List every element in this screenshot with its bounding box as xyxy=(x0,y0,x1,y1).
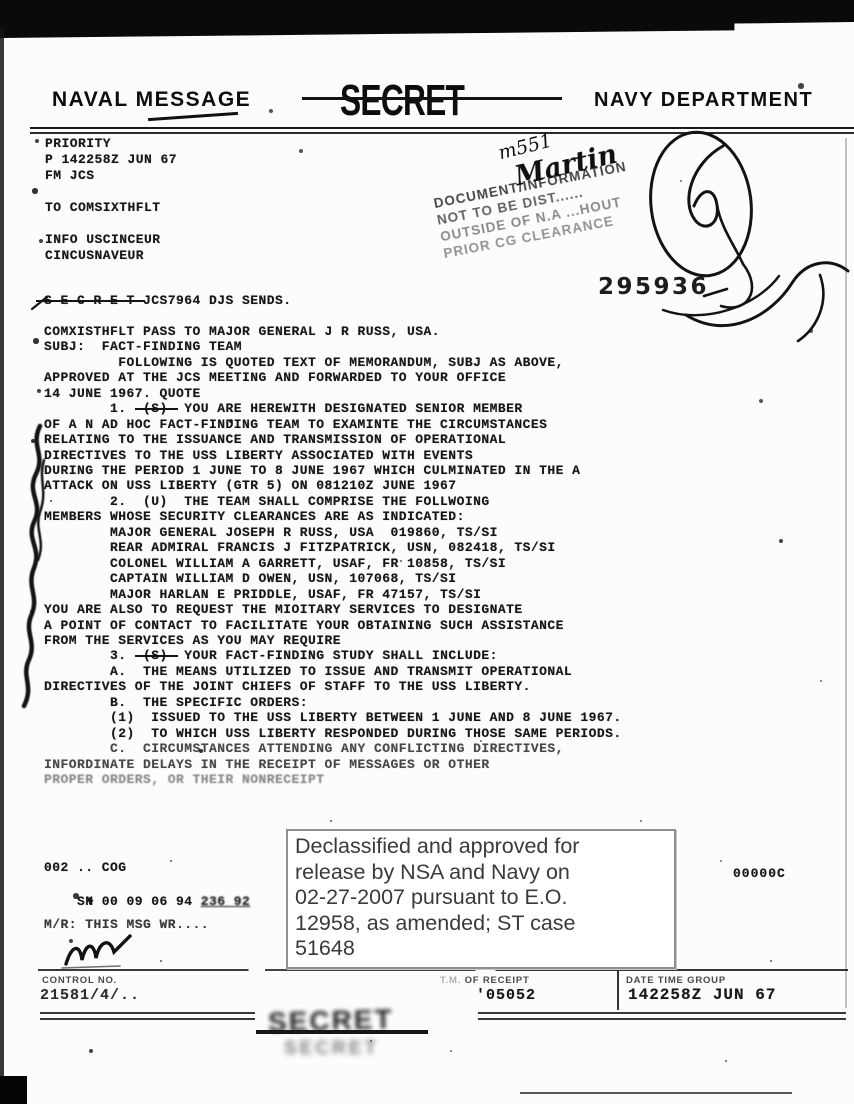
document-title-right: NAVY DEPARTMENT xyxy=(594,89,813,112)
receipt-label-faint: T.M. xyxy=(440,975,465,986)
date-time-group-label: DATE TIME GROUP xyxy=(626,975,726,986)
declassification-line: 12958, as amended; ST case xyxy=(295,911,667,937)
footer-divider xyxy=(617,969,619,1010)
time-of-receipt-label: T.M. OF RECEIPT xyxy=(440,975,530,986)
document-title-left: NAVAL MESSAGE xyxy=(52,88,251,112)
serial-line-smudged: 236 92 xyxy=(201,894,251,909)
message-line xyxy=(44,308,684,323)
message-line: REAR ADMIRAL FRANCIS J FITZPATRICK, USN,… xyxy=(44,540,684,555)
message-line: FROM THE SERVICES AS YOU MAY REQUIRE xyxy=(44,633,684,648)
message-line: CAPTAIN WILLIAM D OWEN, USN, 107068, TS/… xyxy=(44,571,684,586)
message-line: B. THE SPECIFIC ORDERS: xyxy=(44,695,684,710)
message-line: FOLLOWING IS QUOTED TEXT OF MEMORANDUM, … xyxy=(44,355,684,370)
scan-artifact-top-bar xyxy=(0,0,854,38)
plus-mark: + xyxy=(86,894,94,909)
classification-stamp-header: SECRET xyxy=(340,76,464,126)
message-line: APPROVED AT THE JCS MEETING AND FORWARDE… xyxy=(44,370,684,385)
handwritten-flourish xyxy=(680,253,854,348)
bottom-classification-stamp-ghost: SECRET xyxy=(284,1038,379,1060)
message-line: S E C R E T JCS7964 DJS SENDS. xyxy=(44,293,684,308)
message-line: (2) TO WHICH USS LIBERTY RESPONDED DURIN… xyxy=(44,726,684,741)
routing-line: PRIORITY xyxy=(45,136,177,152)
message-line: MAJOR HARLAN E PRIDDLE, USAF, FR 47157, … xyxy=(44,587,684,602)
message-line: MAJOR GENERAL JOSEPH R RUSS, USA 019860,… xyxy=(44,525,684,540)
struck-classification-marking: (S) xyxy=(143,401,168,416)
footer-rule xyxy=(38,969,848,971)
message-line: INFORDINATE DELAYS IN THE RECEIPT OF MES… xyxy=(44,757,684,772)
time-of-receipt-value: '05052 xyxy=(476,987,536,1004)
message-body: S E C R E T JCS7964 DJS SENDS. COMXISTHF… xyxy=(44,293,684,788)
message-line: COMXISTHFLT PASS TO MAJOR GENERAL J R RU… xyxy=(44,324,684,339)
message-line: DIRECTIVES TO THE USS LIBERTY ASSOCIATED… xyxy=(44,448,684,463)
control-no-label: CONTROL NO. xyxy=(42,975,117,986)
page-code: 00000C xyxy=(733,866,786,881)
routing-line: P 142258Z JUN 67 xyxy=(45,152,177,168)
control-no-value: 21581/4/.. xyxy=(40,987,140,1004)
message-line: ATTACK ON USS LIBERTY (GTR 5) ON 081210Z… xyxy=(44,478,684,493)
routing-line: FM JCS xyxy=(45,168,177,184)
declassification-notice-box: Declassified and approved forrelease by … xyxy=(286,829,676,969)
cog-line: 002 .. COG xyxy=(44,860,127,875)
routing-line: INFO USCINCEUR xyxy=(45,232,177,248)
serial-line-prefix: SN 00 09 06 94 xyxy=(77,894,201,909)
message-line: 3. (S) YOUR FACT-FINDING STUDY SHALL INC… xyxy=(44,648,684,663)
routing-line xyxy=(45,184,177,200)
declassification-line: Declassified and approved for xyxy=(295,834,667,860)
classification-cancel-line xyxy=(302,97,562,100)
declassification-line: 02-27-2007 pursuant to E.O. xyxy=(295,885,667,911)
date-time-group-value: 142258Z JUN 67 xyxy=(628,986,776,1004)
footer-double-rule-right xyxy=(478,1012,846,1020)
message-line: 2. (U) THE TEAM SHALL COMPRISE THE FOLLW… xyxy=(44,494,684,509)
handwritten-dash xyxy=(702,286,730,300)
scan-artifact-left-edge xyxy=(0,28,4,1104)
message-line: A. THE MEANS UTILIZED TO ISSUE AND TRANS… xyxy=(44,664,684,679)
receipt-label-text: OF RECEIPT xyxy=(465,975,530,986)
message-line: RELATING TO THE ISSUANCE AND TRANSMISSIO… xyxy=(44,432,684,447)
declassification-line: release by NSA and Navy on xyxy=(295,860,667,886)
declassification-line: 51648 xyxy=(295,936,667,962)
footer-double-rule-left xyxy=(40,1012,255,1020)
message-line: A POINT OF CONTACT TO FACILITATE YOUR OB… xyxy=(44,618,684,633)
handwritten-underline xyxy=(148,112,238,121)
scan-artifact-corner-block xyxy=(0,1076,27,1104)
message-line: COLONEL WILLIAM A GARRETT, USAF, FR 1085… xyxy=(44,556,684,571)
struck-classification-marking: (S) xyxy=(143,648,168,663)
handwritten-initials xyxy=(60,930,150,972)
routing-line: CINCUSNAVEUR xyxy=(45,248,177,264)
message-line: MEMBERS WHOSE SECURITY CLEARANCES ARE AS… xyxy=(44,509,684,524)
bottom-stamp-cancel-line xyxy=(256,1030,428,1034)
scan-artifact-bottom-right-line xyxy=(520,1092,792,1094)
routing-block: PRIORITYP 142258Z JUN 67FM JCS TO COMSIX… xyxy=(45,136,177,264)
message-line: DURING THE PERIOD 1 JUNE TO 8 JUNE 1967 … xyxy=(44,463,684,478)
routing-line xyxy=(45,216,177,232)
message-line: YOU ARE ALSO TO REQUEST THE MIOITARY SER… xyxy=(44,602,684,617)
scanned-document-page: NAVAL MESSAGE SECRET NAVY DEPARTMENT PRI… xyxy=(0,0,854,1104)
message-line: 1. (S) YOU ARE HEREWITH DESIGNATED SENIO… xyxy=(44,401,684,416)
message-line: DIRECTIVES OF THE JOINT CHIEFS OF STAFF … xyxy=(44,679,684,694)
message-line: SUBJ: FACT-FINDING TEAM xyxy=(44,339,684,354)
message-line: OF A N AD HOC FACT-FINDING TEAM TO EXAMI… xyxy=(44,417,684,432)
message-line: PROPER ORDERS, OR THEIR NONRECEIPT xyxy=(44,772,684,787)
struck-classification-marking: S E C R E T xyxy=(44,293,135,308)
message-line: C. CIRCUMSTANCES ATTENDING ANY CONFLICTI… xyxy=(44,741,684,756)
message-line: 14 JUNE 1967. QUOTE xyxy=(44,386,684,401)
routing-line: TO COMSIXTHFLT xyxy=(45,200,177,216)
message-line: (1) ISSUED TO THE USS LIBERTY BETWEEN 1 … xyxy=(44,710,684,725)
